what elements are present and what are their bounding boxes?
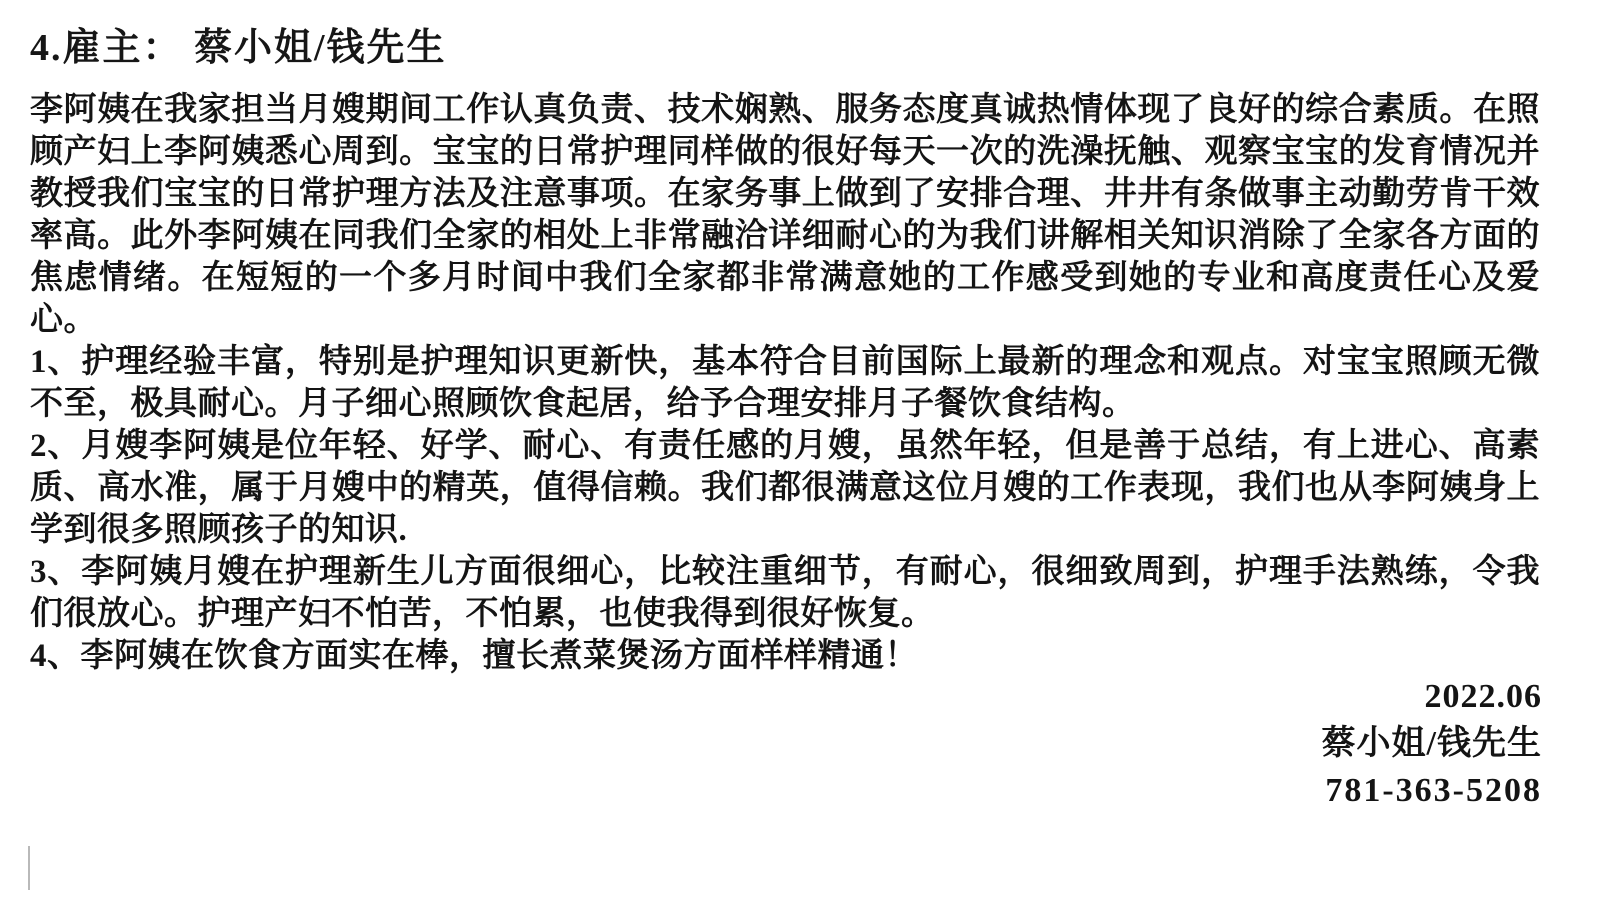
signature-block: 2022.06 蔡小姐/钱先生 781-363-5208 [30, 673, 1542, 814]
text-cursor-artifact [28, 846, 30, 890]
signature-date: 2022.06 [30, 673, 1542, 720]
point-4: 4、李阿姨在饮食方面实在棒，擅长煮菜煲汤方面样样精通！ [30, 635, 1540, 677]
point-2: 2、月嫂李阿姨是位年轻、好学、耐心、有责任感的月嫂，虽然年轻，但是善于总结，有上… [30, 425, 1540, 551]
signature-phone: 781-363-5208 [30, 767, 1542, 814]
document-title: 4.雇主： 蔡小姐/钱先生 [30, 16, 1576, 71]
point-1: 1、护理经验丰富，特别是护理知识更新快，基本符合目前国际上最新的理念和观点。对宝… [30, 341, 1540, 425]
document-body: 李阿姨在我家担当月嫂期间工作认真负责、技术娴熟、服务态度真诚热情体现了良好的综合… [30, 89, 1540, 677]
document-page: 4.雇主： 蔡小姐/钱先生 李阿姨在我家担当月嫂期间工作认真负责、技术娴熟、服务… [0, 0, 1612, 920]
intro-paragraph: 李阿姨在我家担当月嫂期间工作认真负责、技术娴熟、服务态度真诚热情体现了良好的综合… [30, 89, 1540, 341]
signature-name: 蔡小姐/钱先生 [30, 720, 1542, 767]
point-3: 3、李阿姨月嫂在护理新生儿方面很细心，比较注重细节，有耐心，很细致周到，护理手法… [30, 551, 1540, 635]
